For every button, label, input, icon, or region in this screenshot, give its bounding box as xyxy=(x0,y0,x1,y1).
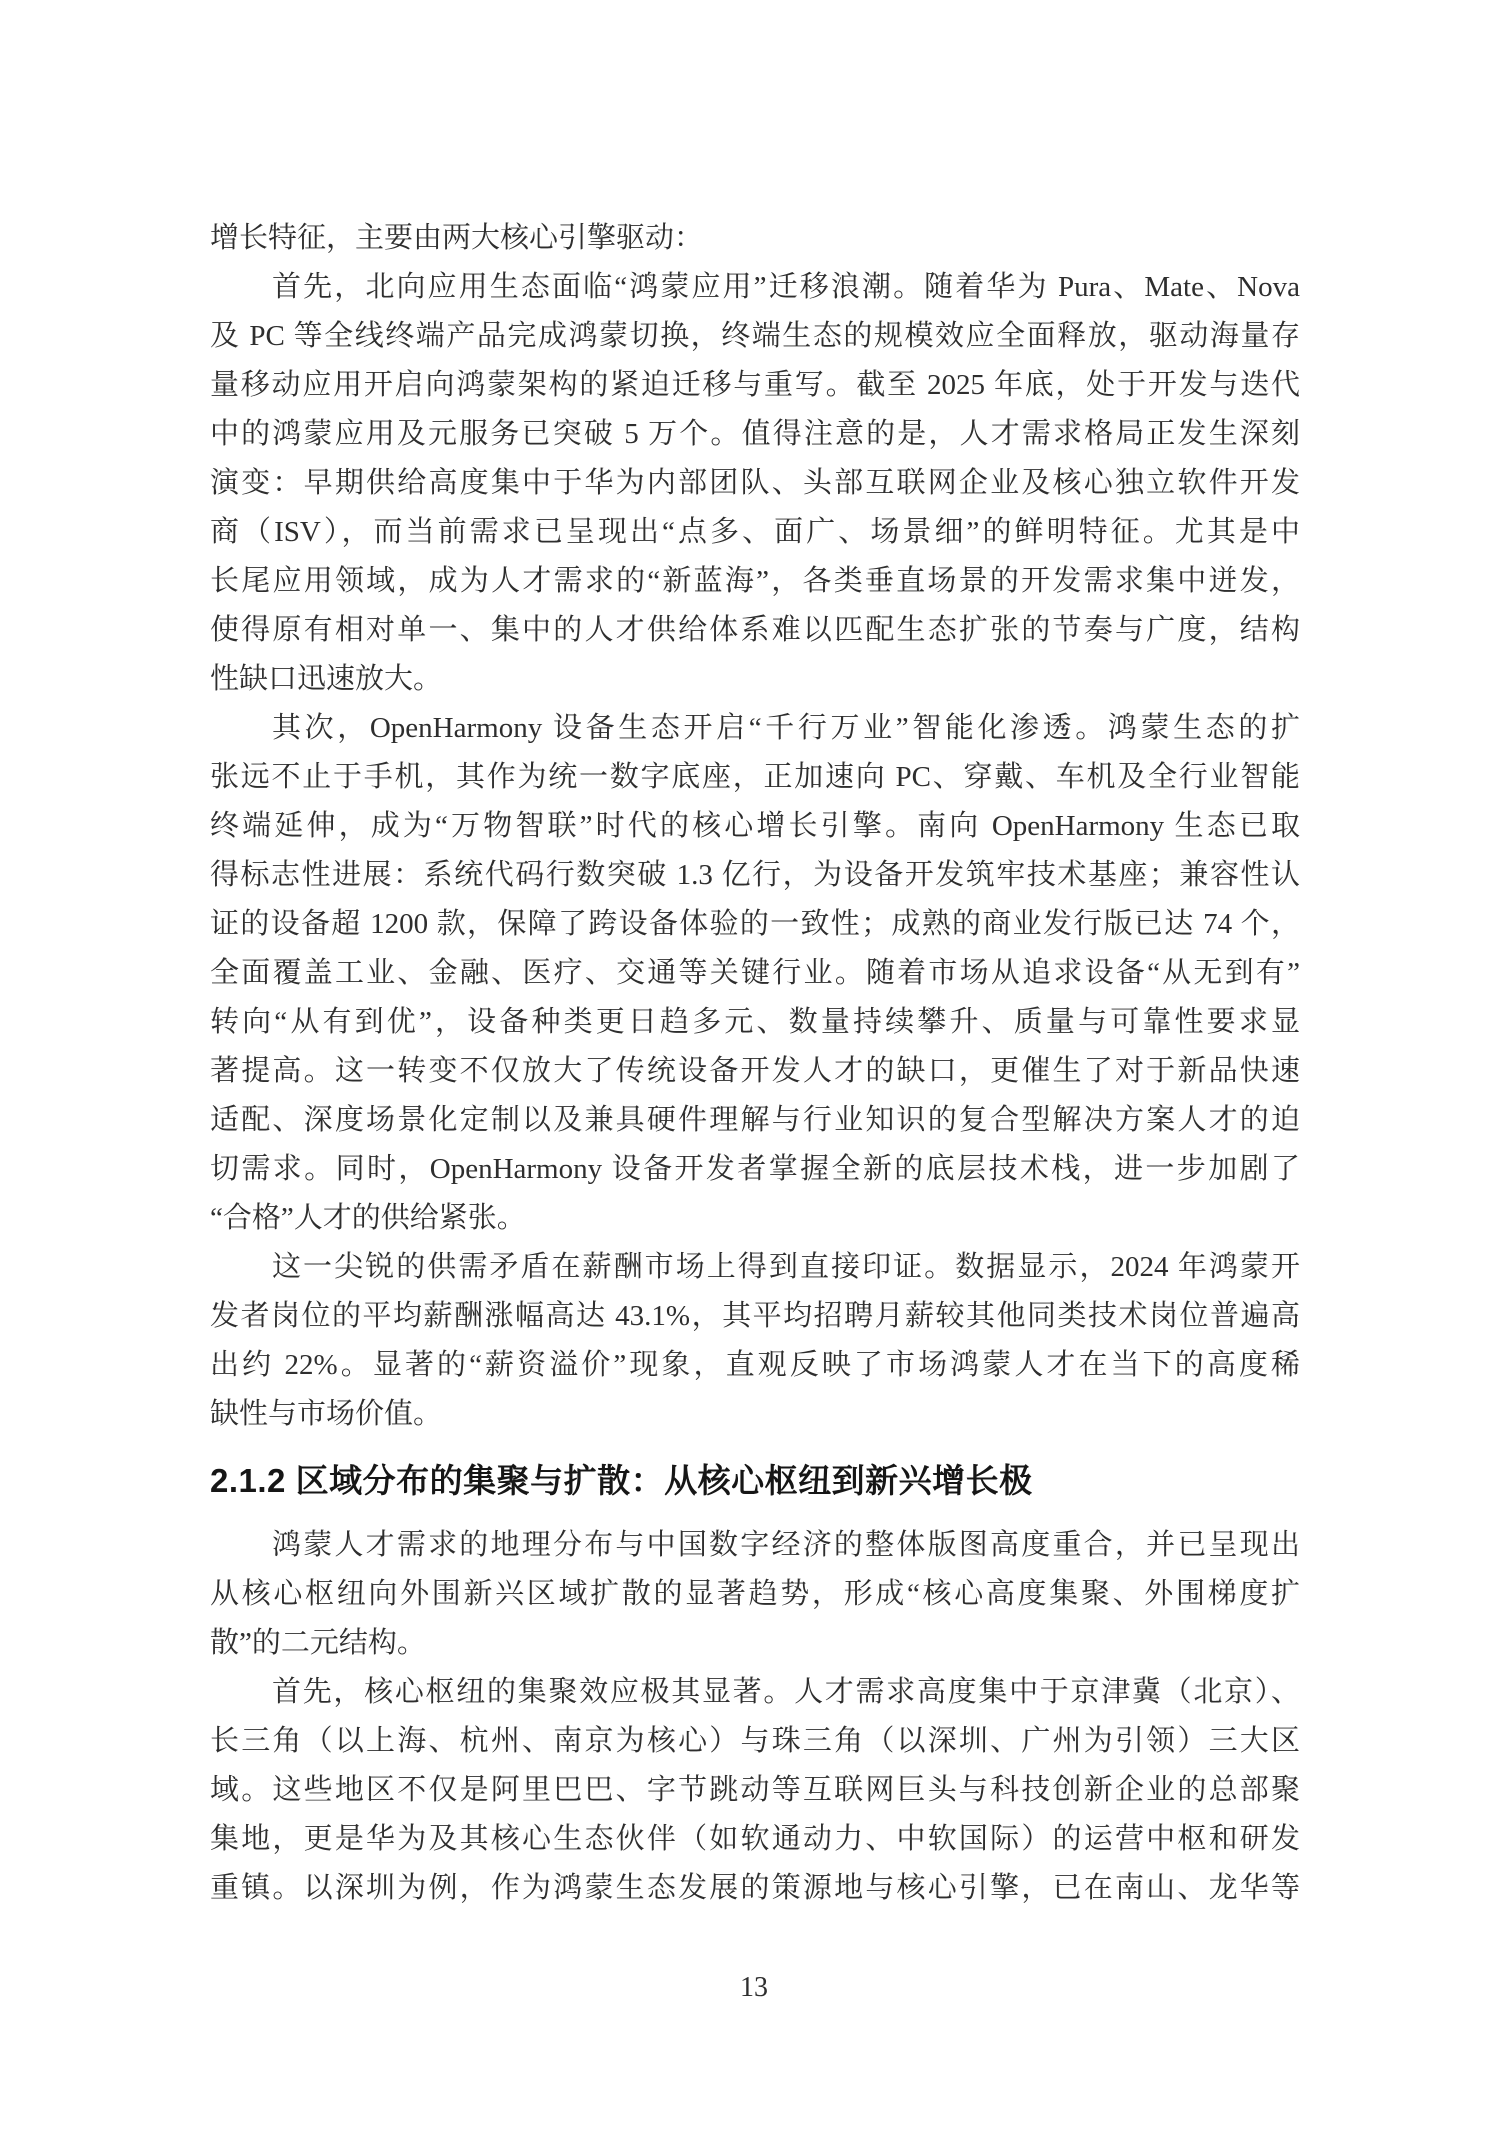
document-page: 增长特征，主要由两大核心引擎驱动： 首先，北向应用生态面临“鸿蒙应用”迁移浪潮。… xyxy=(0,0,1508,2133)
text-line: 首先，北向应用生态面临“鸿蒙应用”迁移浪潮。随着华为 Pura、Mate、Nov… xyxy=(210,263,1300,312)
paragraph: 鸿蒙人才需求的地理分布与中国数字经济的整体版图高度重合，并已呈现出 从核心枢纽向… xyxy=(210,1521,1300,1668)
page-content: 增长特征，主要由两大核心引擎驱动： 首先，北向应用生态面临“鸿蒙应用”迁移浪潮。… xyxy=(210,214,1300,1913)
text-line: 首先，核心枢纽的集聚效应极其显著。人才需求高度集中于京津冀（北京）、 xyxy=(210,1668,1300,1717)
text-line: 张远不止于手机，其作为统一数字底座，正加速向 PC、穿戴、车机及全行业智能 xyxy=(210,753,1300,802)
text-line: 增长特征，主要由两大核心引擎驱动： xyxy=(210,214,1300,263)
text-line: 长三角（以上海、杭州、南京为核心）与珠三角（以深圳、广州为引领）三大区 xyxy=(210,1717,1300,1766)
text-line: 演变：早期供给高度集中于华为内部团队、头部互联网企业及核心独立软件开发 xyxy=(210,459,1300,508)
text-line: 长尾应用领域，成为人才需求的“新蓝海”，各类垂直场景的开发需求集中迸发， xyxy=(210,557,1300,606)
text-line: 转向“从有到优”，设备种类更日趋多元、数量持续攀升、质量与可靠性要求显 xyxy=(210,998,1300,1047)
text-line: 终端延伸，成为“万物智联”时代的核心增长引擎。南向 OpenHarmony 生态… xyxy=(210,802,1300,851)
text-line: 著提高。这一转变不仅放大了传统设备开发人才的缺口，更催生了对于新品快速 xyxy=(210,1047,1300,1096)
paragraph: 这一尖锐的供需矛盾在薪酬市场上得到直接印证。数据显示，2024 年鸿蒙开 发者岗… xyxy=(210,1243,1300,1439)
paragraph: 其次，OpenHarmony 设备生态开启“千行万业”智能化渗透。鸿蒙生态的扩 … xyxy=(210,704,1300,1243)
text-line: 重镇。以深圳为例，作为鸿蒙生态发展的策源地与核心引擎，已在南山、龙华等 xyxy=(210,1864,1300,1913)
text-line: 使得原有相对单一、集中的人才供给体系难以匹配生态扩张的节奏与广度，结构 xyxy=(210,606,1300,655)
text-line: 散”的二元结构。 xyxy=(210,1619,1300,1668)
text-line: 商（ISV），而当前需求已呈现出“点多、面广、场景细”的鲜明特征。尤其是中 xyxy=(210,508,1300,557)
text-line: 其次，OpenHarmony 设备生态开启“千行万业”智能化渗透。鸿蒙生态的扩 xyxy=(210,704,1300,753)
text-line: 中的鸿蒙应用及元服务已突破 5 万个。值得注意的是，人才需求格局正发生深刻 xyxy=(210,410,1300,459)
section-heading: 2.1.2 区域分布的集聚与扩散：从核心枢纽到新兴增长极 xyxy=(210,1455,1300,1507)
text-line: 全面覆盖工业、金融、医疗、交通等关键行业。随着市场从追求设备“从无到有” xyxy=(210,949,1300,998)
text-line: 及 PC 等全线终端产品完成鸿蒙切换，终端生态的规模效应全面释放，驱动海量存 xyxy=(210,312,1300,361)
text-line: 集地，更是华为及其核心生态伙伴（如软通动力、中软国际）的运营中枢和研发 xyxy=(210,1815,1300,1864)
text-line: “合格”人才的供给紧张。 xyxy=(210,1194,1300,1243)
text-line: 出约 22%。显著的“薪资溢价”现象，直观反映了市场鸿蒙人才在当下的高度稀 xyxy=(210,1341,1300,1390)
text-line: 这一尖锐的供需矛盾在薪酬市场上得到直接印证。数据显示，2024 年鸿蒙开 xyxy=(210,1243,1300,1292)
text-line: 从核心枢纽向外围新兴区域扩散的显著趋势，形成“核心高度集聚、外围梯度扩 xyxy=(210,1570,1300,1619)
text-line: 得标志性进展：系统代码行数突破 1.3 亿行，为设备开发筑牢技术基座；兼容性认 xyxy=(210,851,1300,900)
page-number: 13 xyxy=(0,1972,1508,2004)
text-line: 切需求。同时，OpenHarmony 设备开发者掌握全新的底层技术栈，进一步加剧… xyxy=(210,1145,1300,1194)
text-line: 发者岗位的平均薪酬涨幅高达 43.1%，其平均招聘月薪较其他同类技术岗位普遍高 xyxy=(210,1292,1300,1341)
paragraph: 首先，核心枢纽的集聚效应极其显著。人才需求高度集中于京津冀（北京）、 长三角（以… xyxy=(210,1668,1300,1913)
text-line: 缺性与市场价值。 xyxy=(210,1390,1300,1439)
paragraph: 增长特征，主要由两大核心引擎驱动： xyxy=(210,214,1300,263)
text-line: 鸿蒙人才需求的地理分布与中国数字经济的整体版图高度重合，并已呈现出 xyxy=(210,1521,1300,1570)
paragraph: 首先，北向应用生态面临“鸿蒙应用”迁移浪潮。随着华为 Pura、Mate、Nov… xyxy=(210,263,1300,704)
text-line: 性缺口迅速放大。 xyxy=(210,655,1300,704)
text-line: 适配、深度场景化定制以及兼具硬件理解与行业知识的复合型解决方案人才的迫 xyxy=(210,1096,1300,1145)
text-line: 证的设备超 1200 款，保障了跨设备体验的一致性；成熟的商业发行版已达 74 … xyxy=(210,900,1300,949)
text-line: 量移动应用开启向鸿蒙架构的紧迫迁移与重写。截至 2025 年底，处于开发与迭代 xyxy=(210,361,1300,410)
text-line: 域。这些地区不仅是阿里巴巴、字节跳动等互联网巨头与科技创新企业的总部聚 xyxy=(210,1766,1300,1815)
